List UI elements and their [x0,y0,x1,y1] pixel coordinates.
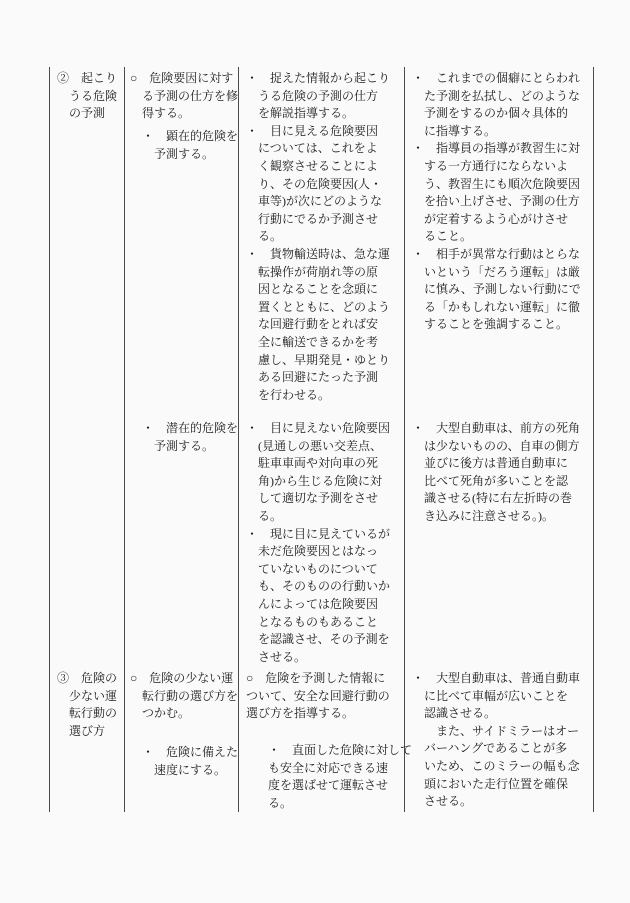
row3-instruction-cell: ○ 危険を予測した情報に ついて、安全な回避行動の 選び方を指導する。 [246,670,390,723]
table-vertical-border-col1-col2 [124,67,125,812]
row2-goal-sub2-latent-danger: ・ 潜在的危険を 予測する。 [130,420,238,455]
row2-notes-cell-part2: ・ 大型自動車は、前方の死角 は少ないものの、自車の側方 並びに後方は普通自動車… [412,420,580,526]
row2-goal-sub1-overt-danger: ・ 顕在的危険を 予測する。 [130,128,238,163]
table-vertical-border-col3-col4 [404,67,405,812]
row3-topic-cell: ③ 危険の 少ない運 転行動の 選び方 [57,670,117,740]
row2-goal-cell: ○ 危険要因に対す る予測の仕方を修 得する。 [130,70,238,123]
row2-topic-cell: ② 起こり うる危険 の予測 [57,70,117,123]
row3-notes-cell: ・ 大型自動車は、普通自動車 に比べて車幅が広いことを 認識させる。 また、サイ… [412,670,580,811]
table-vertical-border-right [593,67,594,812]
table-vertical-border-left [49,67,50,812]
table-vertical-border-col2-col3 [238,67,239,812]
row2-notes-cell-part1: ・ これまでの個癖にとらわれ た予測を払拭し、どのような 予測をするのか個々具体… [412,70,581,334]
row2-instruction-cell-part2: ・ 目に見えない危険要因 (見通しの悪い交差点、 駐車車両や対向車の死 角)から… [246,420,390,666]
row3-goal-cell: ○ 危険の少ない運 転行動の選び方を つかむ。 [130,670,238,723]
row3-instruction-sub: ・ 直面した危険に対して も安全に対応できる速 度を選ばせて運転させ る。 [244,742,412,812]
row2-instruction-cell-part1: ・ 捉えた情報から起こり うる危険の予測の仕方 を解説指導する。 ・ 目に見える… [246,70,390,404]
document-page: ② 起こり うる危険 の予測 ○ 危険要因に対す る予測の仕方を修 得する。 ・… [0,0,630,903]
row3-goal-sub-speed: ・ 危険に備えた 速度にする。 [130,744,238,779]
